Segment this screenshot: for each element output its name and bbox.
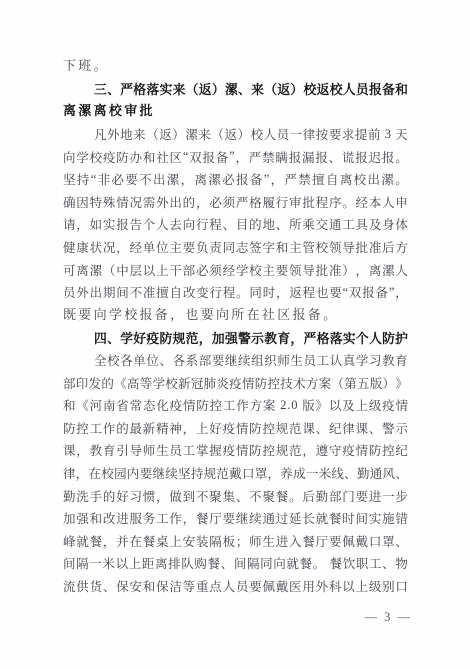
body-text-line: 向学校疫防办和社区“双报备”，严禁瞒报漏报、谎报迟报。 (63, 145, 408, 168)
section-heading-line: 离漯离校审批 (63, 100, 408, 123)
body-text-line: 课，教育引导师生员工掌握疫情防控规范，遵守疫情防控纪 (63, 439, 408, 462)
document-body: 下班。三、严格落实来（返）漯、来（返）校返校人员报备和离漯离校审批凡外地来（返）… (63, 55, 408, 597)
body-text-line: 防控工作的最新精神，上好疫情防控规范课、纪律课、警示 (63, 417, 408, 440)
body-text-line: 可离漯（中层以上干部必须经学校主要领导批准），离漯人 (63, 258, 408, 281)
section-heading-line: 三、严格落实来（返）漯、来（返）校返校人员报备和 (63, 78, 408, 101)
body-text-line: 勤洗手的好习惯，做到不聚集、不聚餐。后勤部门要进一步 (63, 484, 408, 507)
body-text-line: 凡外地来（返）漯来（返）校人员一律按要求提前 3 天 (63, 123, 408, 146)
section-heading-line: 四、学好疫防规范，加强警示教育，严格落实个人防护 (63, 326, 408, 349)
body-text-line: 加强和改进服务工作，餐厅要继续通过延长就餐时间实施错 (63, 507, 408, 530)
body-text-line: 全校各单位、各系部要继续组织师生员工认真学习教育 (63, 349, 408, 372)
body-text-line: 下班。 (63, 55, 408, 78)
page-number: — 3 — (365, 610, 413, 625)
body-text-line: 流供货、保安和保洁等重点人员要佩戴医用外科以上级别口 (63, 575, 408, 598)
body-text-line: 健康状况，经单位主要负责同志签字和主管校领导批准后方 (63, 236, 408, 259)
body-text-line: 和《河南省常态化疫情防控工作方案 2.0 版》以及上级疫情 (63, 394, 408, 417)
scanned-document-page: 下班。三、严格落实来（返）漯、来（返）校返校人员报备和离漯离校审批凡外地来（返）… (0, 0, 470, 669)
body-text-line: 确因特殊情况需外出的，必须严格履行审批程序。经本人申 (63, 191, 408, 214)
body-text-line: 部印发的《高等学校新冠肺炎疫情防控技术方案（第五版）》 (63, 371, 408, 394)
body-text-line: 既要向学校报备，也要向所在社区报备。 (63, 304, 408, 327)
body-text-line: 律，在校园内要继续坚持规范戴口罩，养成一米线、勤通风、 (63, 462, 408, 485)
body-text-line: 坚持“非必要不出漯，离漯必报备”，严禁擅自离校出漯。 (63, 168, 408, 191)
body-text-line: 间隔一米以上距离排队购餐、间隔同向就餐。 餐饮职工、物 (63, 552, 408, 575)
body-text-line: 请，如实报告个人去向行程、目的地、所乘交通工具及身体 (63, 213, 408, 236)
body-text-line: 峰就餐，并在餐桌上安装隔板；师生进入餐厅要佩戴口罩、 (63, 529, 408, 552)
body-text-line: 员外出期间不准擅自改变行程。同时，返程也要“双报备”， (63, 281, 408, 304)
